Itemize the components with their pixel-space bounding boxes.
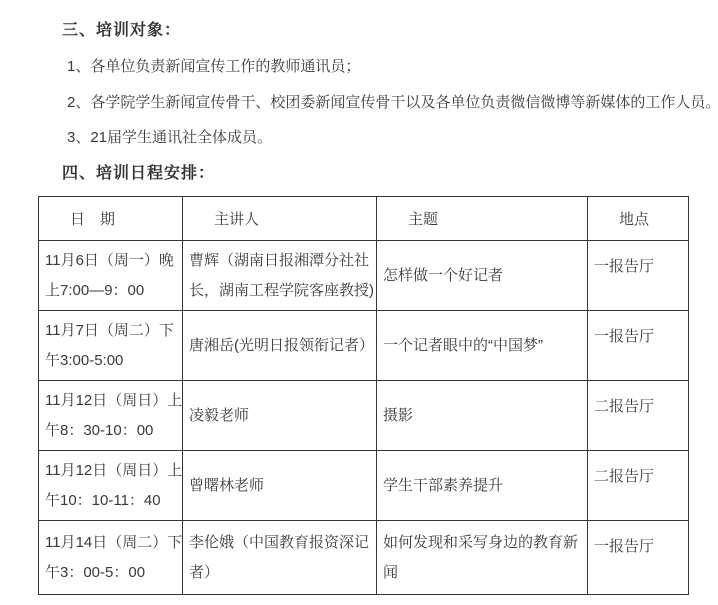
location-cell: 一报告厅 [588, 241, 689, 311]
header-cell-location: 地点 [588, 197, 689, 241]
table-row: 11月14日（周二）下 午3：00-5：00 李伦娥（中国教育报资深记 者） 如… [39, 521, 689, 595]
date-cell: 11月7日（周二）下 午3:00-5:00 [39, 311, 183, 381]
training-target-item-1: 1、各单位负责新闻宣传工作的教师通讯员； [67, 55, 360, 76]
topic-cell: 怎样做一个好记者 [377, 241, 588, 311]
topic-cell: 如何发现和采写身边的教育新 闻 [377, 521, 588, 595]
date-cell: 11月14日（周二）下 午3：00-5：00 [39, 521, 183, 595]
topic-cell: 一个记者眼中的“中国梦” [377, 311, 588, 381]
table-header-row: 日 期 主讲人 主题 地点 [39, 197, 689, 241]
date-cell: 11月12日（周日）上 午8：30-10：00 [39, 381, 183, 451]
date-cell: 11月6日（周一）晚 上7:00—9：00 [39, 241, 183, 311]
header-cell-topic: 主题 [377, 197, 588, 241]
location-cell: 二报告厅 [588, 451, 689, 521]
topic-cell: 学生干部素养提升 [377, 451, 588, 521]
section-heading-training-targets: 三、培训对象： [62, 17, 181, 40]
speaker-cell: 曹辉（湖南日报湘潭分社社 长，湖南工程学院客座教授) [183, 241, 377, 311]
section-heading-training-schedule: 四、培训日程安排： [62, 160, 215, 183]
training-target-item-3: 3、21届学生通讯社全体成员。 [67, 126, 272, 147]
document-page: 三、培训对象： 1、各单位负责新闻宣传工作的教师通讯员； 2、各学院学生新闻宣传… [0, 0, 718, 605]
table-row: 11月6日（周一）晚 上7:00—9：00 曹辉（湖南日报湘潭分社社 长，湖南工… [39, 241, 689, 311]
table-row: 11月7日（周二）下 午3:00-5:00 唐湘岳(光明日报领衔记者） 一个记者… [39, 311, 689, 381]
date-cell: 11月12日（周日）上 午10：10-11：40 [39, 451, 183, 521]
speaker-cell: 凌毅老师 [183, 381, 377, 451]
table-row: 11月12日（周日）上 午8：30-10：00 凌毅老师 摄影 二报告厅 [39, 381, 689, 451]
location-cell: 一报告厅 [588, 521, 689, 595]
location-cell: 二报告厅 [588, 381, 689, 451]
schedule-table: 日 期 主讲人 主题 地点 11月6日（周一）晚 上7:00—9：00 曹辉（湖… [38, 196, 689, 595]
topic-cell: 摄影 [377, 381, 588, 451]
header-cell-date: 日 期 [39, 197, 183, 241]
speaker-cell: 唐湘岳(光明日报领衔记者） [183, 311, 377, 381]
training-target-item-2: 2、各学院学生新闻宣传骨干、校团委新闻宣传骨干以及各单位负责微信微博等新媒体的工… [67, 91, 718, 112]
speaker-cell: 李伦娥（中国教育报资深记 者） [183, 521, 377, 595]
header-cell-speaker: 主讲人 [183, 197, 377, 241]
table-row: 11月12日（周日）上 午10：10-11：40 曾曙林老师 学生干部素养提升 … [39, 451, 689, 521]
location-cell: 一报告厅 [588, 311, 689, 381]
speaker-cell: 曾曙林老师 [183, 451, 377, 521]
